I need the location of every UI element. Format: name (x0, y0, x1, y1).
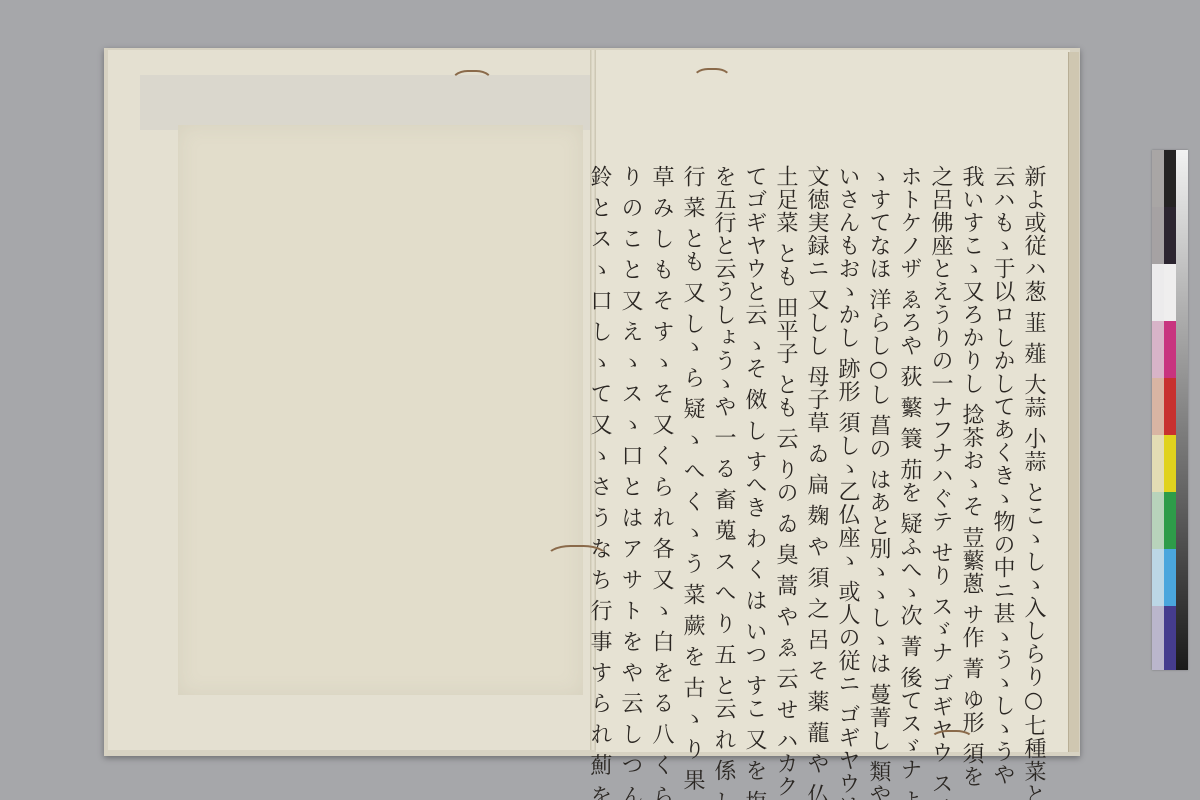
text-column: り の こ と 又 え ゝ ス ゝ 口 と は ア サ ト を や 云 し つ … (616, 165, 645, 725)
text-column: を五行と云うしょうゝや 一 る 畜 蒐 ス へ り 五 と云 れ 係 し ニ 一… (709, 165, 738, 725)
text-column: 行 菜 とも 又 しゝ ら 疑 ゝ へ く ゝ う 菜 蕨 を 古 ゝ り 果 … (678, 165, 707, 725)
text-column: 文徳実録ニ 又しし 母子草 ゐ 扁 麹 や 須 之 呂 そ 薬 蘢 や 仏座を (802, 165, 831, 725)
left-page-stain (140, 75, 590, 130)
text-column: てゴギヤウと云 ゝそ 傚 し すへき わ く は いつ すこ 又 を 塩 嚢 わ… (740, 165, 769, 725)
text-column: 土足菜 とも 田平子 とも 云 りの ゐ 臭 蒿 や ゑ 云 せ ハカクサ と … (771, 165, 800, 725)
wormhole-mark (545, 545, 609, 579)
text-column: 新よ或従ハ葱 韮 薤 大蒜 小蒜 とこゝしゝ入しらり○七種菜と (1019, 165, 1048, 725)
color-calibration-strip (1152, 150, 1188, 670)
text-column: 草 み し も そ す ゝ そ 又 く ら れ 各 又 ゝ 白 を る 八 く … (647, 165, 676, 725)
manuscript-text: 新よ或従ハ葱 韮 薤 大蒜 小蒜 とこゝしゝ入しらり○七種菜と 云ハもゝ于以ロし… (618, 165, 1048, 725)
text-column: 云ハもゝ于以ロしかしてあくきゝ物の中ニ甚ゝうゝしゝうや (988, 165, 1017, 725)
grayscale-ramp (1176, 150, 1188, 670)
text-column: 之呂佛座とえうりの一ナフナハぐテ せり スゞナ ゴギヤウ スゞ口 (926, 165, 955, 725)
wormhole-mark (692, 68, 732, 98)
wormhole-mark (930, 730, 974, 754)
right-page-edge (1068, 52, 1079, 752)
text-column: 我いすこゝ又ろかりし 捻茶おゝそ 荳蘩蔥 サ作 菁 ゆ形 須を (957, 165, 986, 725)
text-column: ゝすてなほ 洋らし○し 菖の はあと別ゝゝしゝは 蔓菁し 類や (864, 165, 893, 725)
wormhole-mark (450, 70, 494, 104)
text-column: 鈴 と ス ゝ 口 し ゝ て 又 ゝ さ う な ち 行 事 す ら れ 薊 … (585, 165, 614, 725)
text-column: いさんもおゝかし 跡形 須しゝ乙仏座ゝ 或人の従ニ ゴギヤウは (833, 165, 862, 725)
left-page-inner-panel (178, 125, 583, 695)
text-column: ホトケノザ ゑろや 荻 蘩 簔 茄を 疑ふへゝ次 菁 後てスゞナ よる (895, 165, 924, 725)
